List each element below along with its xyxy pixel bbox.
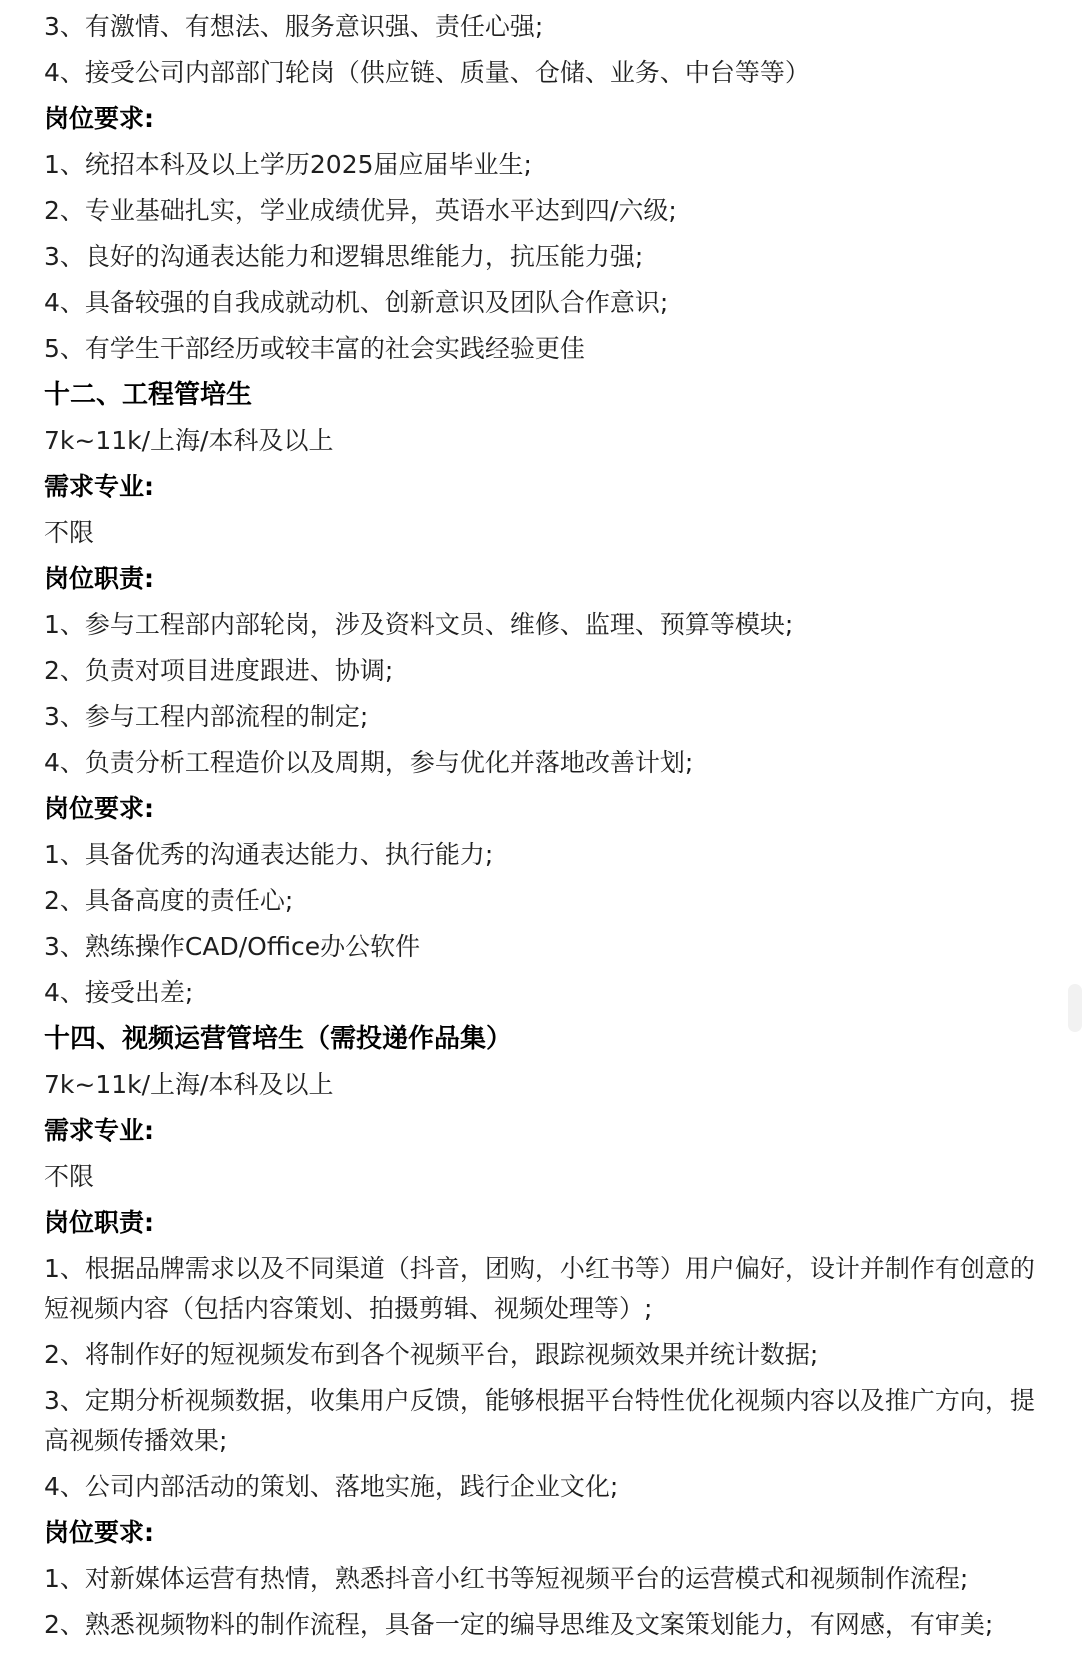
field-label: 岗位要求:: [44, 789, 1044, 829]
text-line: 1、参与工程部内部轮岗，涉及资料文员、维修、监理、预算等模块;: [44, 605, 1044, 645]
text-line: 7k~11k/上海/本科及以上: [44, 421, 1044, 461]
text-line: 2、专业基础扎实，学业成绩优异，英语水平达到四/六级;: [44, 191, 1044, 231]
text-line: 不限: [44, 1157, 1044, 1197]
text-line: 1、根据品牌需求以及不同渠道（抖音，团购，小红书等）用户偏好，设计并制作有创意的…: [44, 1249, 1044, 1329]
text-line: 1、具备优秀的沟通表达能力、执行能力;: [44, 835, 1044, 875]
text-line: 2、负责对项目进度跟进、协调;: [44, 651, 1044, 691]
text-line: 3、定期分析视频数据，收集用户反馈，能够根据平台特性优化视频内容以及推广方向，提…: [44, 1381, 1044, 1461]
field-label: 岗位职责:: [44, 1203, 1044, 1243]
text-line: 3、参与工程内部流程的制定;: [44, 697, 1044, 737]
text-line: 7k~11k/上海/本科及以上: [44, 1065, 1044, 1105]
field-label: 岗位要求:: [44, 99, 1044, 139]
text-line: 1、对新媒体运营有热情，熟悉抖音小红书等短视频平台的运营模式和视频制作流程;: [44, 1559, 1044, 1599]
text-line: 3、有激情、有想法、服务意识强、责任心强;: [44, 7, 1044, 47]
text-line: 5、有学生干部经历或较丰富的社会实践经验更佳: [44, 329, 1044, 369]
text-line: 2、具备高度的责任心;: [44, 881, 1044, 921]
text-line: 2、将制作好的短视频发布到各个视频平台，跟踪视频效果并统计数据;: [44, 1335, 1044, 1375]
job-posting-page: 3、有激情、有想法、服务意识强、责任心强;4、接受公司内部部门轮岗（供应链、质量…: [0, 0, 1084, 1658]
text-line: 4、公司内部活动的策划、落地实施，践行企业文化;: [44, 1467, 1044, 1507]
text-line: 不限: [44, 513, 1044, 553]
field-label: 岗位职责:: [44, 559, 1044, 599]
text-line: 4、具备较强的自我成就动机、创新意识及团队合作意识;: [44, 283, 1044, 323]
field-label: 需求专业:: [44, 467, 1044, 507]
text-line: 4、接受公司内部部门轮岗（供应链、质量、仓储、业务、中台等等）: [44, 53, 1044, 93]
text-line: 2、熟悉视频物料的制作流程，具备一定的编导思维及文案策划能力，有网感，有审美;: [44, 1605, 1044, 1645]
text-line: 4、接受出差;: [44, 973, 1044, 1013]
section-heading: 十四、视频运营管培生（需投递作品集）: [44, 1019, 1044, 1059]
text-line: 3、熟练操作CAD/Office办公软件: [44, 927, 1044, 967]
text-line: 3、良好的沟通表达能力和逻辑思维能力，抗压能力强;: [44, 237, 1044, 277]
field-label: 需求专业:: [44, 1111, 1044, 1151]
scrollbar-thumb[interactable]: [1068, 984, 1082, 1032]
job-description-document: 3、有激情、有想法、服务意识强、责任心强;4、接受公司内部部门轮岗（供应链、质量…: [44, 7, 1044, 1645]
field-label: 岗位要求:: [44, 1513, 1044, 1553]
text-line: 1、统招本科及以上学历2025届应届毕业生;: [44, 145, 1044, 185]
section-heading: 十二、工程管培生: [44, 375, 1044, 415]
text-line: 4、负责分析工程造价以及周期，参与优化并落地改善计划;: [44, 743, 1044, 783]
